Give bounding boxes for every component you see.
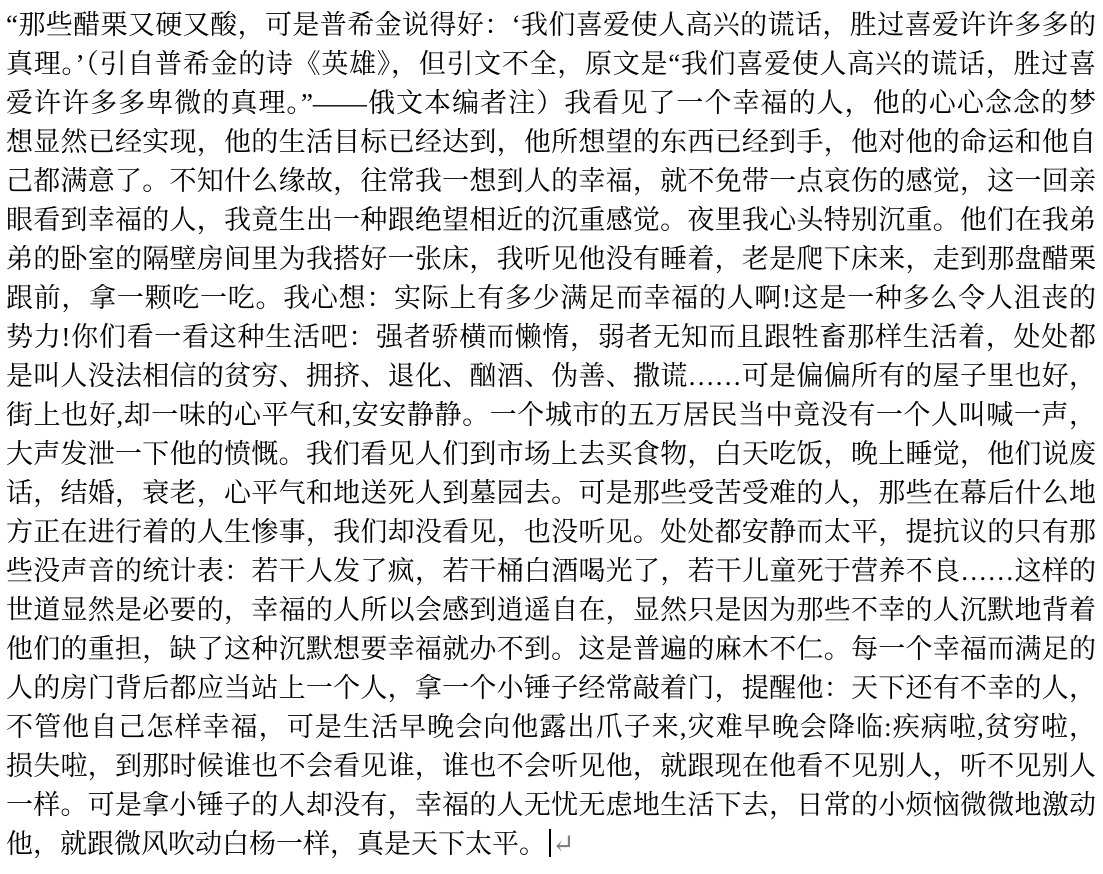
text-line[interactable]: 街上也好,却一味的心平气和,安安静静。一个城市的五万居民当中竟没有一个人叫喊一声…	[6, 396, 1096, 435]
text-line[interactable]: 大声发泄一下他的愤慨。我们看见人们到市场上去买食物，白天吃饭，晚上睡觉，他们说废	[6, 435, 1096, 474]
text-line[interactable]: 弟的卧室的隔壁房间里为我搭好一张床，我听见他没有睡着，老是爬下床来，走到那盘醋栗	[6, 240, 1096, 279]
text-line[interactable]: 势力!你们看一看这种生活吧：强者骄横而懒惰，弱者无知而且跟牲畜那样生活着，处处都	[6, 318, 1096, 357]
text-line[interactable]: 些没声音的统计表：若干人发了疯，若干桶白酒喝光了，若干儿童死于营养不良……这样的	[6, 552, 1096, 591]
text-line[interactable]: 跟前，拿一颗吃一吃。我心想：实际上有多少满足而幸福的人啊!这是一种多么令人沮丧的	[6, 279, 1096, 318]
paragraph-mark-icon: ↵	[552, 829, 575, 859]
last-line-text[interactable]: 他，就跟微风吹动白杨一样，真是天下太平。	[6, 829, 546, 859]
text-line[interactable]: “那些醋栗又硬又酸，可是普希金说得好：‘我们喜爱使人高兴的谎话，胜过喜爱许许多多…	[6, 6, 1096, 45]
text-line[interactable]: 是叫人没法相信的贫穷、拥挤、退化、酗酒、伪善、撒谎……可是偏偏所有的屋子里也好，	[6, 357, 1096, 396]
text-line[interactable]: 损失啦，到那时候谁也不会看见谁，谁也不会听见他，就跟现在他看不见别人，听不见别人	[6, 747, 1096, 786]
text-cursor	[549, 829, 551, 857]
text-line[interactable]: 方正在进行着的人生惨事，我们却没看见，也没听见。处处都安静而太平，提抗议的只有那	[6, 513, 1096, 552]
text-line[interactable]: 话，结婚，衰老，心平气和地送死人到墓园去。可是那些受苦受难的人，那些在幕后什么地	[6, 474, 1096, 513]
text-line[interactable]: 他们的重担，缺了这种沉默想要幸福就办不到。这是普遍的麻木不仁。每一个幸福而满足的	[6, 630, 1096, 669]
document-page[interactable]: “那些醋栗又硬又酸，可是普希金说得好：‘我们喜爱使人高兴的谎话，胜过喜爱许许多多…	[0, 0, 1103, 874]
text-line[interactable]: 己都满意了。不知什么缘故，往常我一想到人的幸福，就不免带一点哀伤的感觉，这一回亲	[6, 162, 1096, 201]
text-line[interactable]: 真理。’（引自普希金的诗《英雄》，但引文不全，原文是“我们喜爱使人高兴的谎话，胜…	[6, 45, 1096, 84]
text-line[interactable]: 想显然已经实现，他的生活目标已经达到，他所想望的东西已经到手，他对他的命运和他自	[6, 123, 1096, 162]
text-line[interactable]: 一样。可是拿小锤子的人却没有，幸福的人无忧无虑地生活下去，日常的小烦恼微微地激动	[6, 786, 1096, 825]
text-line[interactable]: 不管他自己怎样幸福，可是生活早晚会向他露出爪子来,灾难早晚会降临:疾病啦,贫穷啦…	[6, 708, 1096, 747]
text-line[interactable]: 人的房门背后都应当站上一个人，拿一个小锤子经常敲着门，提醒他：天下还有不幸的人，	[6, 669, 1096, 708]
text-line[interactable]: 眼看到幸福的人，我竟生出一种跟绝望相近的沉重感觉。夜里我心头特别沉重。他们在我弟	[6, 201, 1096, 240]
text-line[interactable]: 他，就跟微风吹动白杨一样，真是天下太平。↵	[6, 825, 1096, 864]
text-line[interactable]: 爱许许多多卑微的真理。”——俄文本编者注）我看见了一个幸福的人，他的心心念念的梦	[6, 84, 1096, 123]
text-line[interactable]: 世道显然是必要的，幸福的人所以会感到逍遥自在，显然只是因为那些不幸的人沉默地背着	[6, 591, 1096, 630]
